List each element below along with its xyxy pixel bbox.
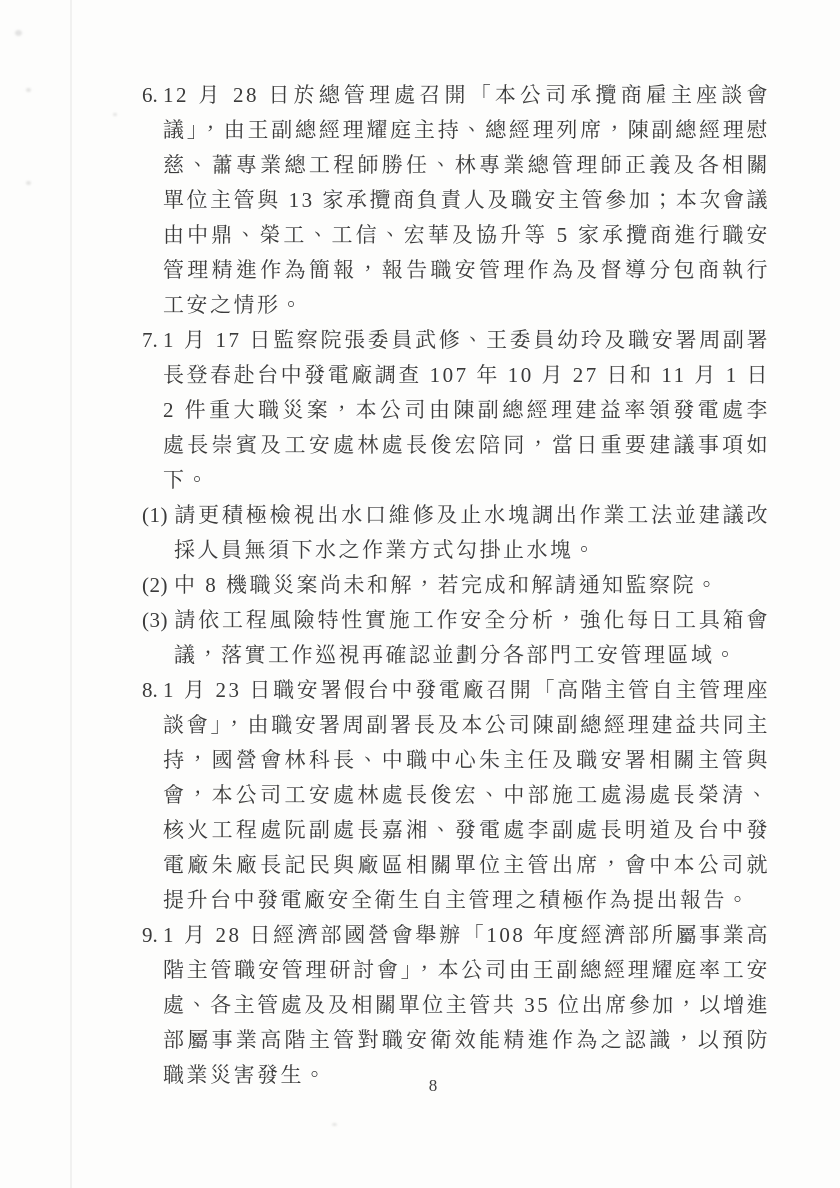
list-item-6: 6.12 月 28 日於總管理處召開「本公司承攬商雇主座談會議」，由王副總經理耀…: [142, 78, 770, 323]
item-text: 12 月 28 日於總管理處召開「本公司承攬商雇主座談會議」，由王副總經理耀庭主…: [163, 83, 770, 317]
item-number: 9.: [142, 918, 163, 953]
item-number: 8.: [142, 673, 163, 708]
scan-speck: [113, 113, 117, 116]
document-body: 6.12 月 28 日於總管理處召開「本公司承攬商雇主座談會議」，由王副總經理耀…: [142, 78, 770, 1093]
sub-item-text: 請依工程風險特性實施工作安全分析，強化每日工具箱會議，落實工作巡視再確認並劃分各…: [174, 608, 770, 667]
list-item-9: 9.1 月 28 日經濟部國營會舉辦「108 年度經濟部所屬事業高階主管職安管理…: [142, 918, 770, 1093]
item-number: 6.: [142, 78, 163, 113]
scan-speck: [15, 30, 22, 36]
scan-speck: [332, 1123, 337, 1126]
scan-speck: [26, 88, 31, 92]
sub-item-text: 中 8 機職災案尚未和解，若完成和解請通知監察院。: [174, 573, 720, 597]
sub-item-7-2: (2)中 8 機職災案尚未和解，若完成和解請通知監察院。: [142, 568, 770, 603]
scan-fold-line: [70, 0, 72, 1188]
list-item-8: 8.1 月 23 日職安署假台中發電廠召開「高階主管自主管理座談會」，由職安署周…: [142, 673, 770, 918]
page-number: 8: [0, 1076, 840, 1096]
sub-item-7-3: (3)請依工程風險特性實施工作安全分析，強化每日工具箱會議，落實工作巡視再確認並…: [142, 603, 770, 673]
item-text: 1 月 28 日經濟部國營會舉辦「108 年度經濟部所屬事業高階主管職安管理研討…: [163, 923, 770, 1087]
sub-item-text: 請更積極檢視出水口維修及止水塊調出作業工法並建議改採人員無須下水之作業方式勾掛止…: [174, 503, 770, 562]
item-text: 1 月 23 日職安署假台中發電廠召開「高階主管自主管理座談會」，由職安署周副署…: [163, 678, 770, 912]
item-text: 1 月 17 日監察院張委員武修、王委員幼玲及職安署周副署長登春赴台中發電廠調查…: [163, 328, 770, 492]
sub-item-7-1: (1)請更積極檢視出水口維修及止水塊調出作業工法並建議改採人員無須下水之作業方式…: [142, 498, 770, 568]
scan-speck: [26, 181, 31, 185]
item-number: 7.: [142, 323, 163, 358]
sub-item-number: (1): [142, 498, 174, 533]
scanned-document-page: 6.12 月 28 日於總管理處召開「本公司承攬商雇主座談會議」，由王副總經理耀…: [0, 0, 840, 1188]
list-item-7: 7.1 月 17 日監察院張委員武修、王委員幼玲及職安署周副署長登春赴台中發電廠…: [142, 323, 770, 498]
sub-item-number: (2): [142, 568, 174, 603]
sub-item-number: (3): [142, 603, 174, 638]
